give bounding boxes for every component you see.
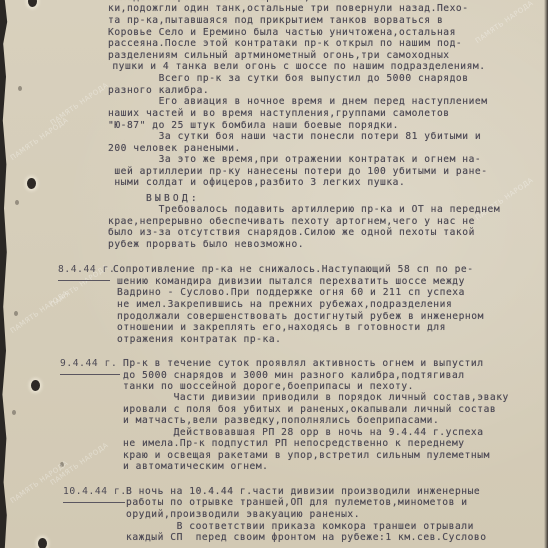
entry-date: 9.4.44 г. bbox=[60, 358, 117, 370]
text-line: За сутки боя наши части понесли потери 8… bbox=[108, 131, 481, 143]
text-line: рубеж прорвать было невозможно. bbox=[108, 239, 304, 251]
text-line: За это же время,при отражении контратак … bbox=[108, 154, 481, 166]
entry-date: 8.4.44 г. bbox=[58, 264, 115, 276]
text-line: и автоматическим огнем. bbox=[123, 461, 269, 473]
date-underline bbox=[60, 374, 120, 375]
paper-speck bbox=[12, 410, 16, 415]
watermark: ПАМЯТЬ НАРОДА bbox=[9, 459, 70, 505]
entry-date: 10.4.44 г. bbox=[63, 486, 127, 498]
punch-hole bbox=[38, 538, 47, 548]
text-line: Пр-к в течение суток проявлял активность… bbox=[123, 358, 484, 370]
text-line: и матчасть,вели разведку,пополнялись бое… bbox=[123, 415, 439, 427]
text-line: Вадрино - Суслово.При поддержке огня 60 … bbox=[117, 287, 465, 299]
text-line: работы по отрывке траншей,ОП для пулемет… bbox=[126, 497, 468, 509]
text-line: Требовалось подавить артиллерию пр-ка и … bbox=[108, 204, 500, 216]
text-line: отражения контратак пр-ка. bbox=[117, 334, 281, 346]
document-page: ПАМЯТЬ НАРОДА ПАМЯТЬ НАРОДА ПАМЯТЬ НАРОД… bbox=[0, 0, 548, 548]
text-line: орудий,производили эвакуацию раненых. bbox=[126, 509, 360, 521]
text-line: не имела.Пр-к подпустил РП непосредствен… bbox=[123, 438, 465, 450]
date-underline bbox=[58, 280, 110, 281]
text-line: было из-за отсутствия снарядов.Силою же … bbox=[108, 227, 475, 239]
text-line: Сопротивление пр-ка не снижалось.Наступа… bbox=[113, 264, 474, 276]
entry-text: В ночь на 10.4.44 г.части дивизии произв… bbox=[0, 0, 548, 88]
paper-speck bbox=[14, 311, 18, 316]
text-line: каждый СП перед своим фронтом на рубеже:… bbox=[126, 532, 487, 544]
text-line: не имел.Закрепившись на прежних рубежах,… bbox=[117, 299, 452, 311]
date-underline bbox=[63, 502, 125, 503]
text-line: отношении и закреплять его,находясь в го… bbox=[117, 322, 446, 334]
text-line: ными солдат и офицеров,разбито 3 легких … bbox=[108, 177, 405, 189]
punch-hole bbox=[31, 380, 40, 391]
text-line: Части дивизии приводили в порядок личный… bbox=[123, 392, 509, 404]
text-line: ... bbox=[126, 544, 145, 548]
